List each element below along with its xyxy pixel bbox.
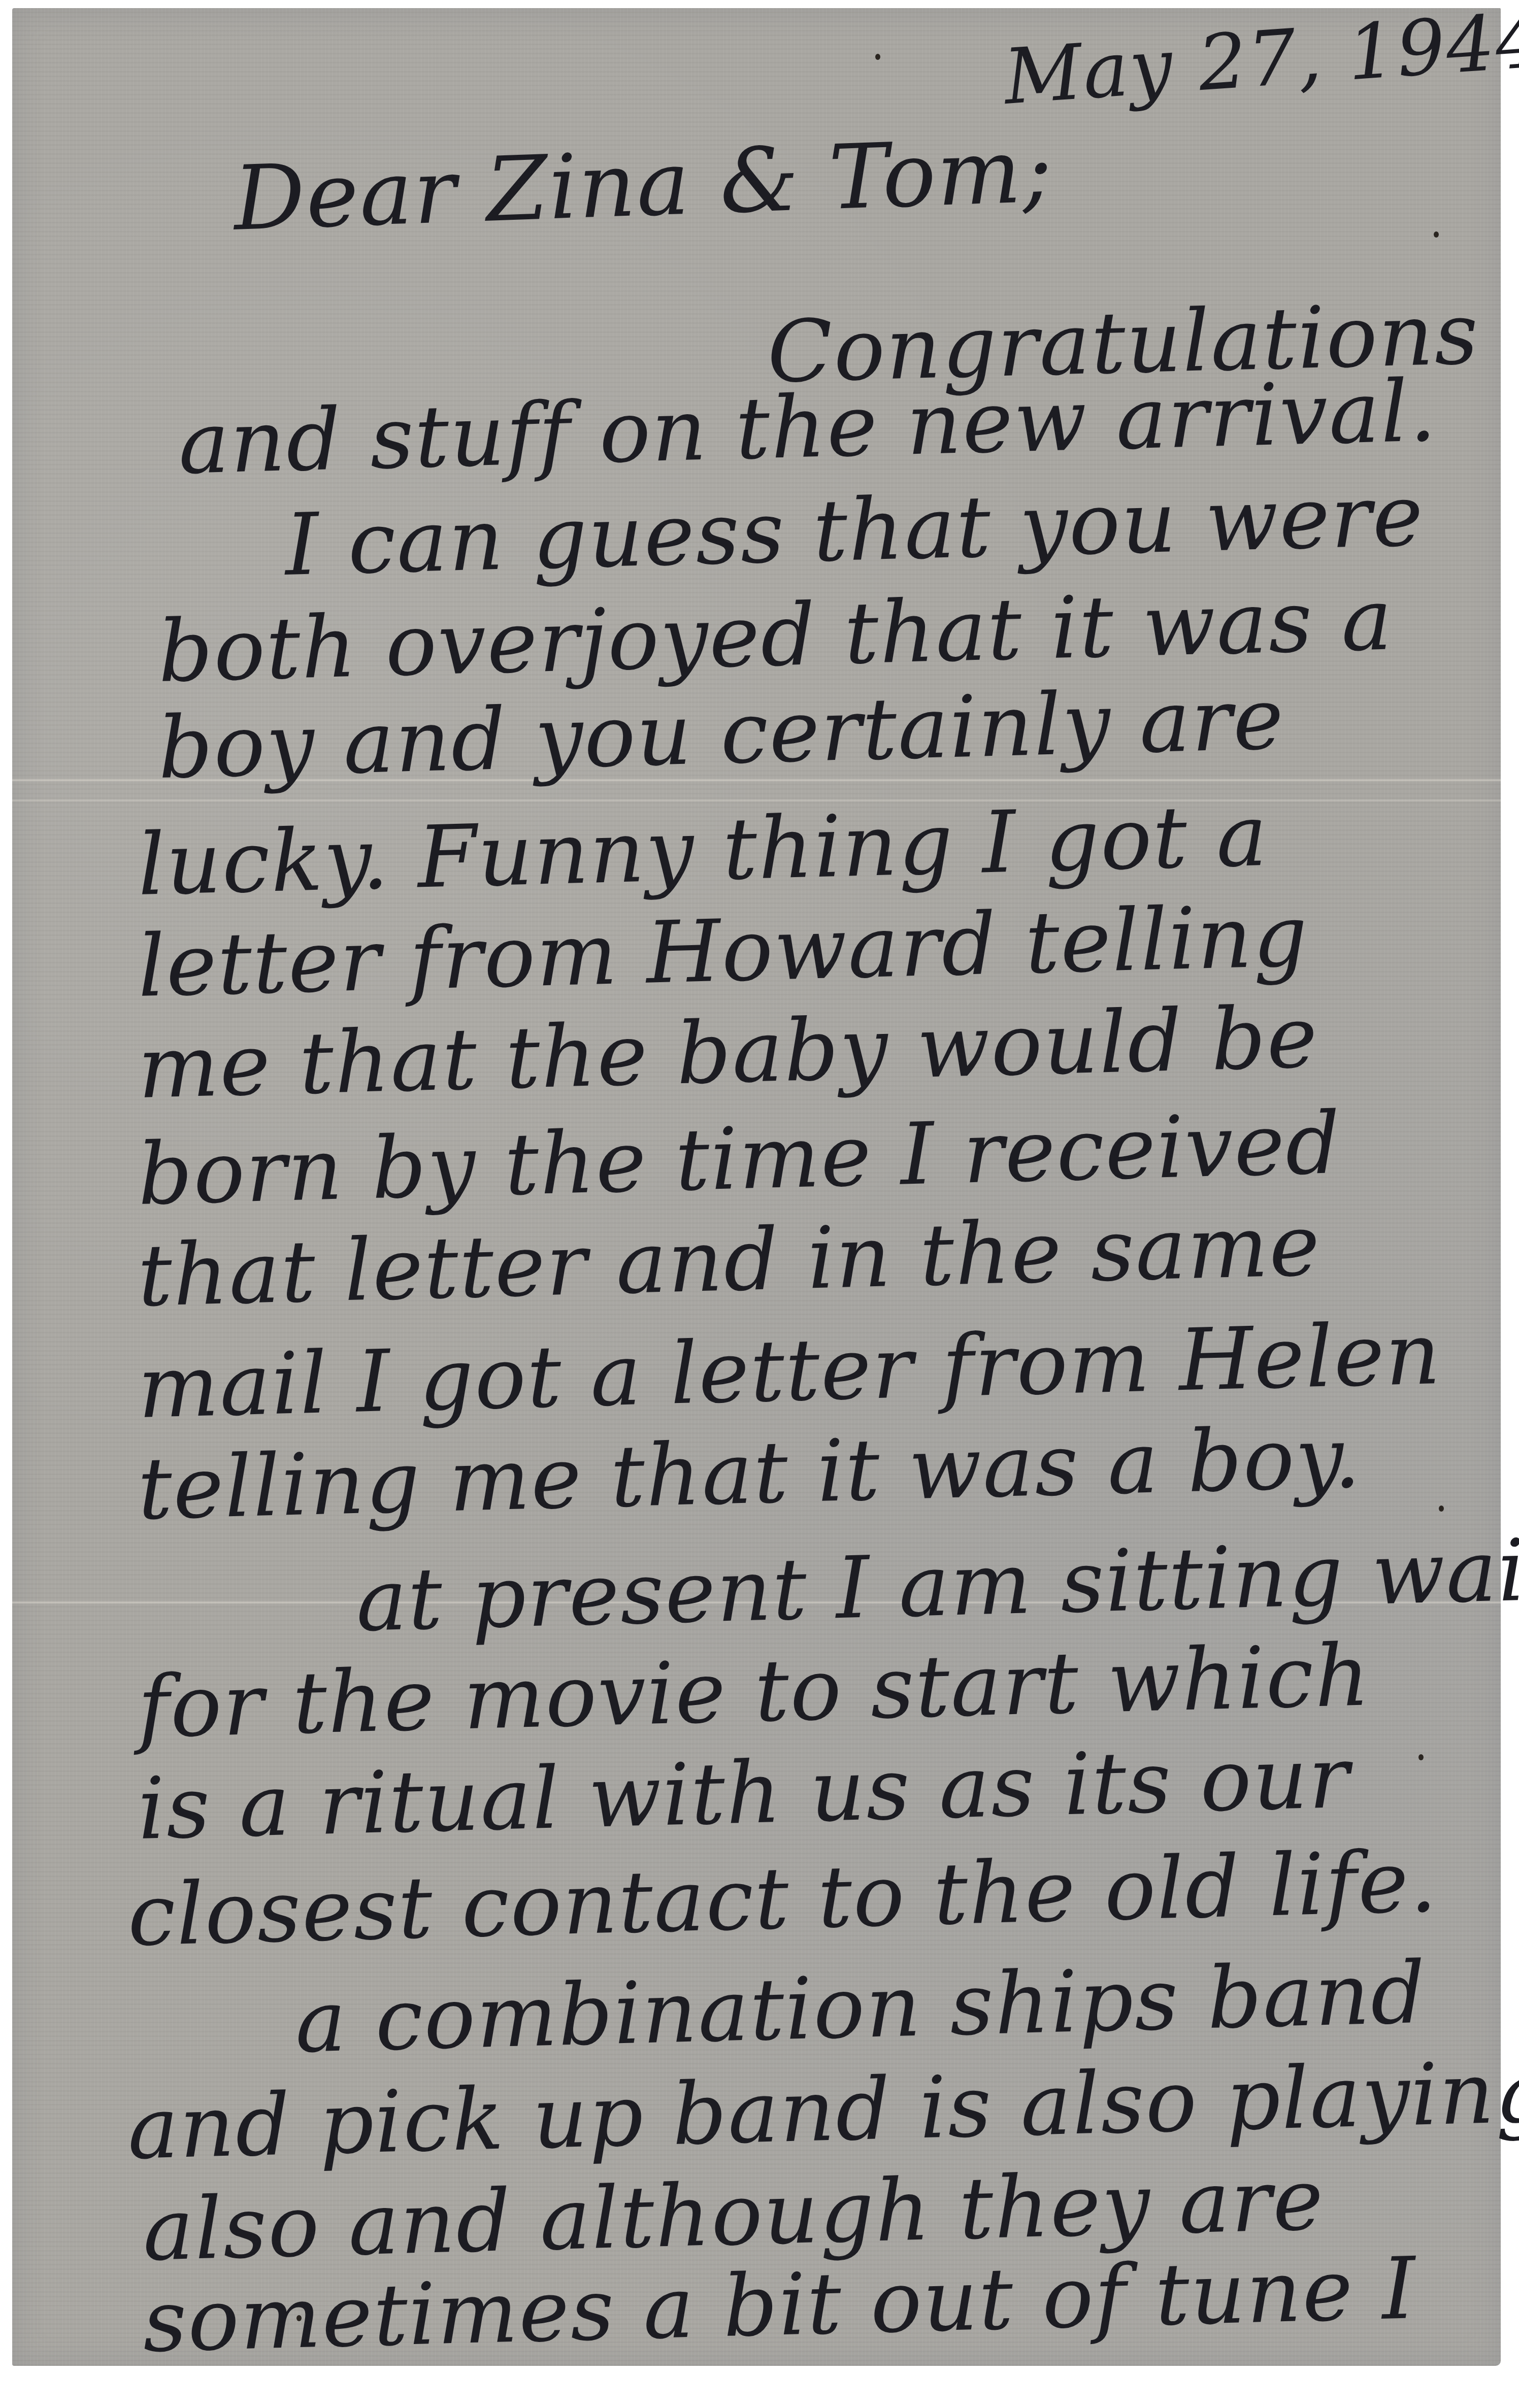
letter-paper: May 27, 1944 Dear Zina & Tom; Congratula… — [12, 8, 1501, 2366]
paper-speck — [1434, 231, 1439, 238]
paper-speck — [1439, 1506, 1444, 1512]
letter-date: May 27, 1944 — [1001, 0, 1519, 122]
paper-speck — [875, 54, 880, 60]
letter-salutation: Dear Zina & Tom; — [232, 119, 1055, 251]
paper-speck — [1418, 1754, 1424, 1760]
